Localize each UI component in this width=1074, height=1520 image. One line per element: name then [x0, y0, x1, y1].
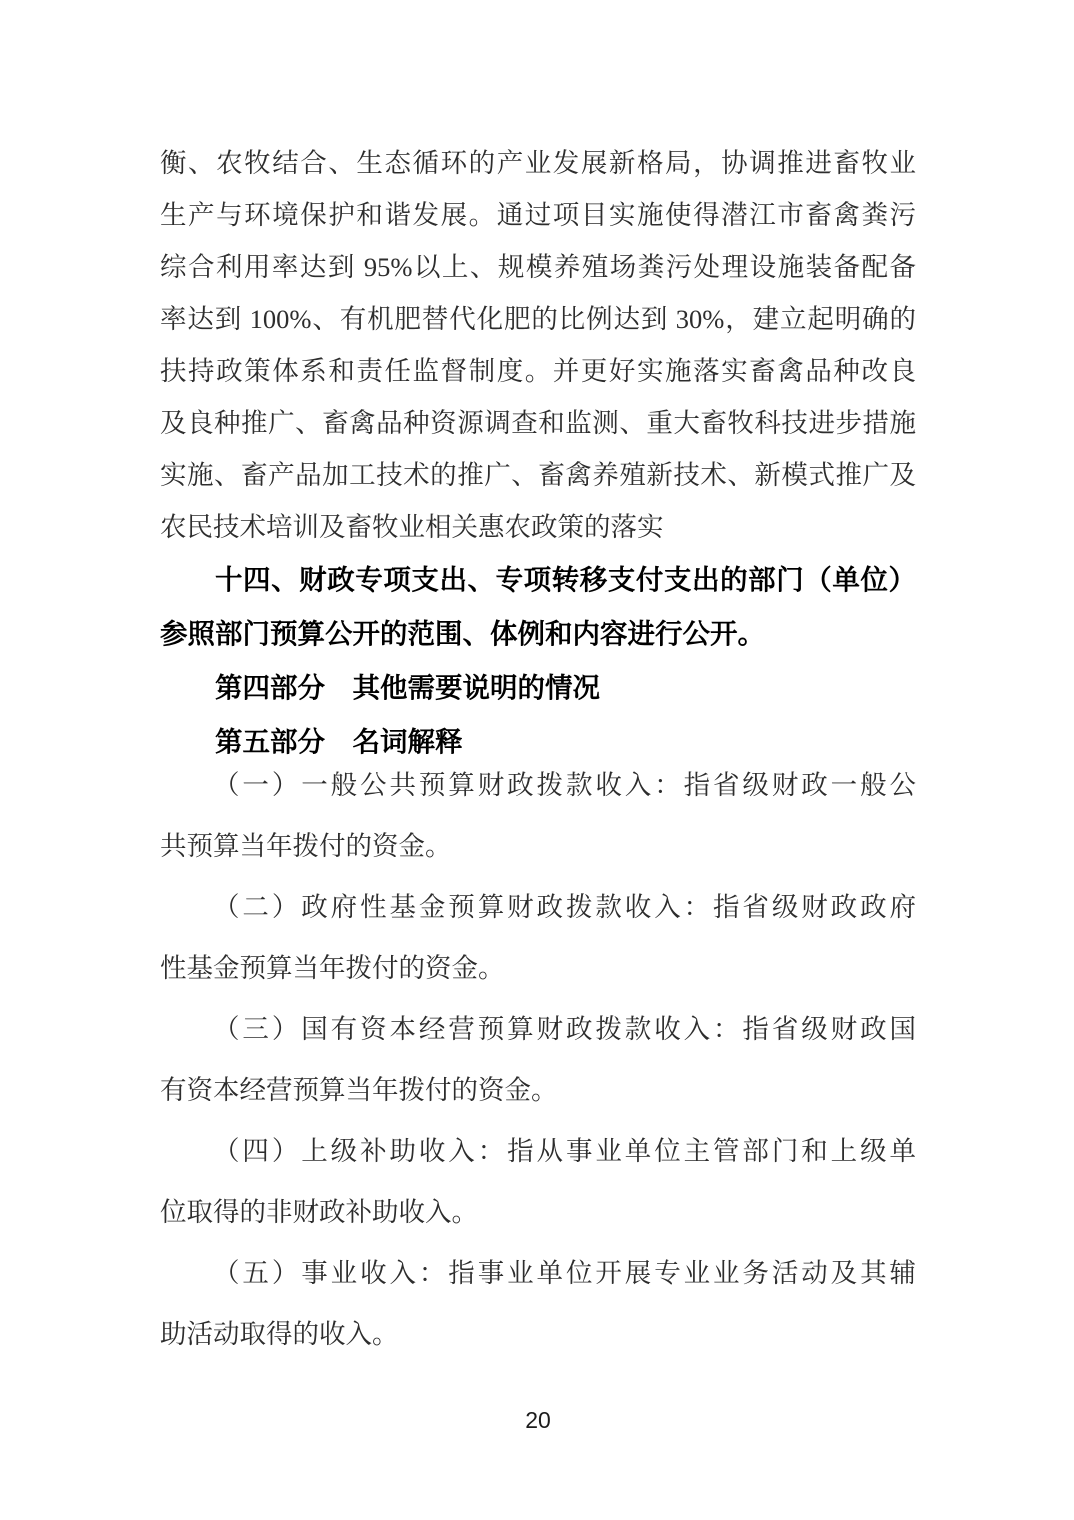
heading-line: 十四、财政专项支出、专项转移支付支出的部门（单位）: [160, 553, 916, 607]
definition-line: 共预算当年拨付的资金。: [160, 816, 916, 877]
text-line: 综合利用率达到 95%以上、规模养殖场粪污处理设施装备配备: [160, 241, 916, 293]
text-line: 率达到 100%、有机肥替代化肥的比例达到 30%，建立起明确的: [160, 293, 916, 345]
heading-line: 参照部门预算公开的范围、体例和内容进行公开。: [160, 607, 916, 661]
document-page: 衡、农牧结合、生态循环的产业发展新格局，协调推进畜牧业 生产与环境保护和谐发展。…: [0, 0, 1074, 1520]
definition-line: （一）一般公共预算财政拨款收入：指省级财政一般公: [160, 755, 916, 816]
definition-line: 位取得的非财政补助收入。: [160, 1182, 916, 1243]
definitions-section: （一）一般公共预算财政拨款收入：指省级财政一般公 共预算当年拨付的资金。 （二）…: [160, 755, 916, 1365]
definition-line: （四）上级补助收入：指从事业单位主管部门和上级单: [160, 1121, 916, 1182]
text-line: 农民技术培训及畜牧业相关惠农政策的落实: [160, 501, 916, 553]
page-number: 20: [160, 1405, 916, 1435]
definition-line: （二）政府性基金预算财政拨款收入：指省级财政政府: [160, 877, 916, 938]
definition-line: （三）国有资本经营预算财政拨款收入：指省级财政国: [160, 999, 916, 1060]
text-line: 及良种推广、畜禽品种资源调查和监测、重大畜牧科技进步措施: [160, 397, 916, 449]
part4-heading: 第四部分 其他需要说明的情况: [160, 661, 916, 715]
definition-line: （五）事业收入：指事业单位开展专业业务活动及其辅: [160, 1243, 916, 1304]
definition-line: 有资本经营预算当年拨付的资金。: [160, 1060, 916, 1121]
text-line: 生产与环境保护和谐发展。通过项目实施使得潜江市畜禽粪污: [160, 189, 916, 241]
text-line: 衡、农牧结合、生态循环的产业发展新格局，协调推进畜牧业: [160, 137, 916, 189]
intro-paragraph: 衡、农牧结合、生态循环的产业发展新格局，协调推进畜牧业 生产与环境保护和谐发展。…: [160, 137, 916, 553]
section-14-heading: 十四、财政专项支出、专项转移支付支出的部门（单位） 参照部门预算公开的范围、体例…: [160, 553, 916, 661]
definition-line: 助活动取得的收入。: [160, 1304, 916, 1365]
text-line: 实施、畜产品加工技术的推广、畜禽养殖新技术、新模式推广及: [160, 449, 916, 501]
definition-line: 性基金预算当年拨付的资金。: [160, 938, 916, 999]
text-line: 扶持政策体系和责任监督制度。并更好实施落实畜禽品种改良: [160, 345, 916, 397]
